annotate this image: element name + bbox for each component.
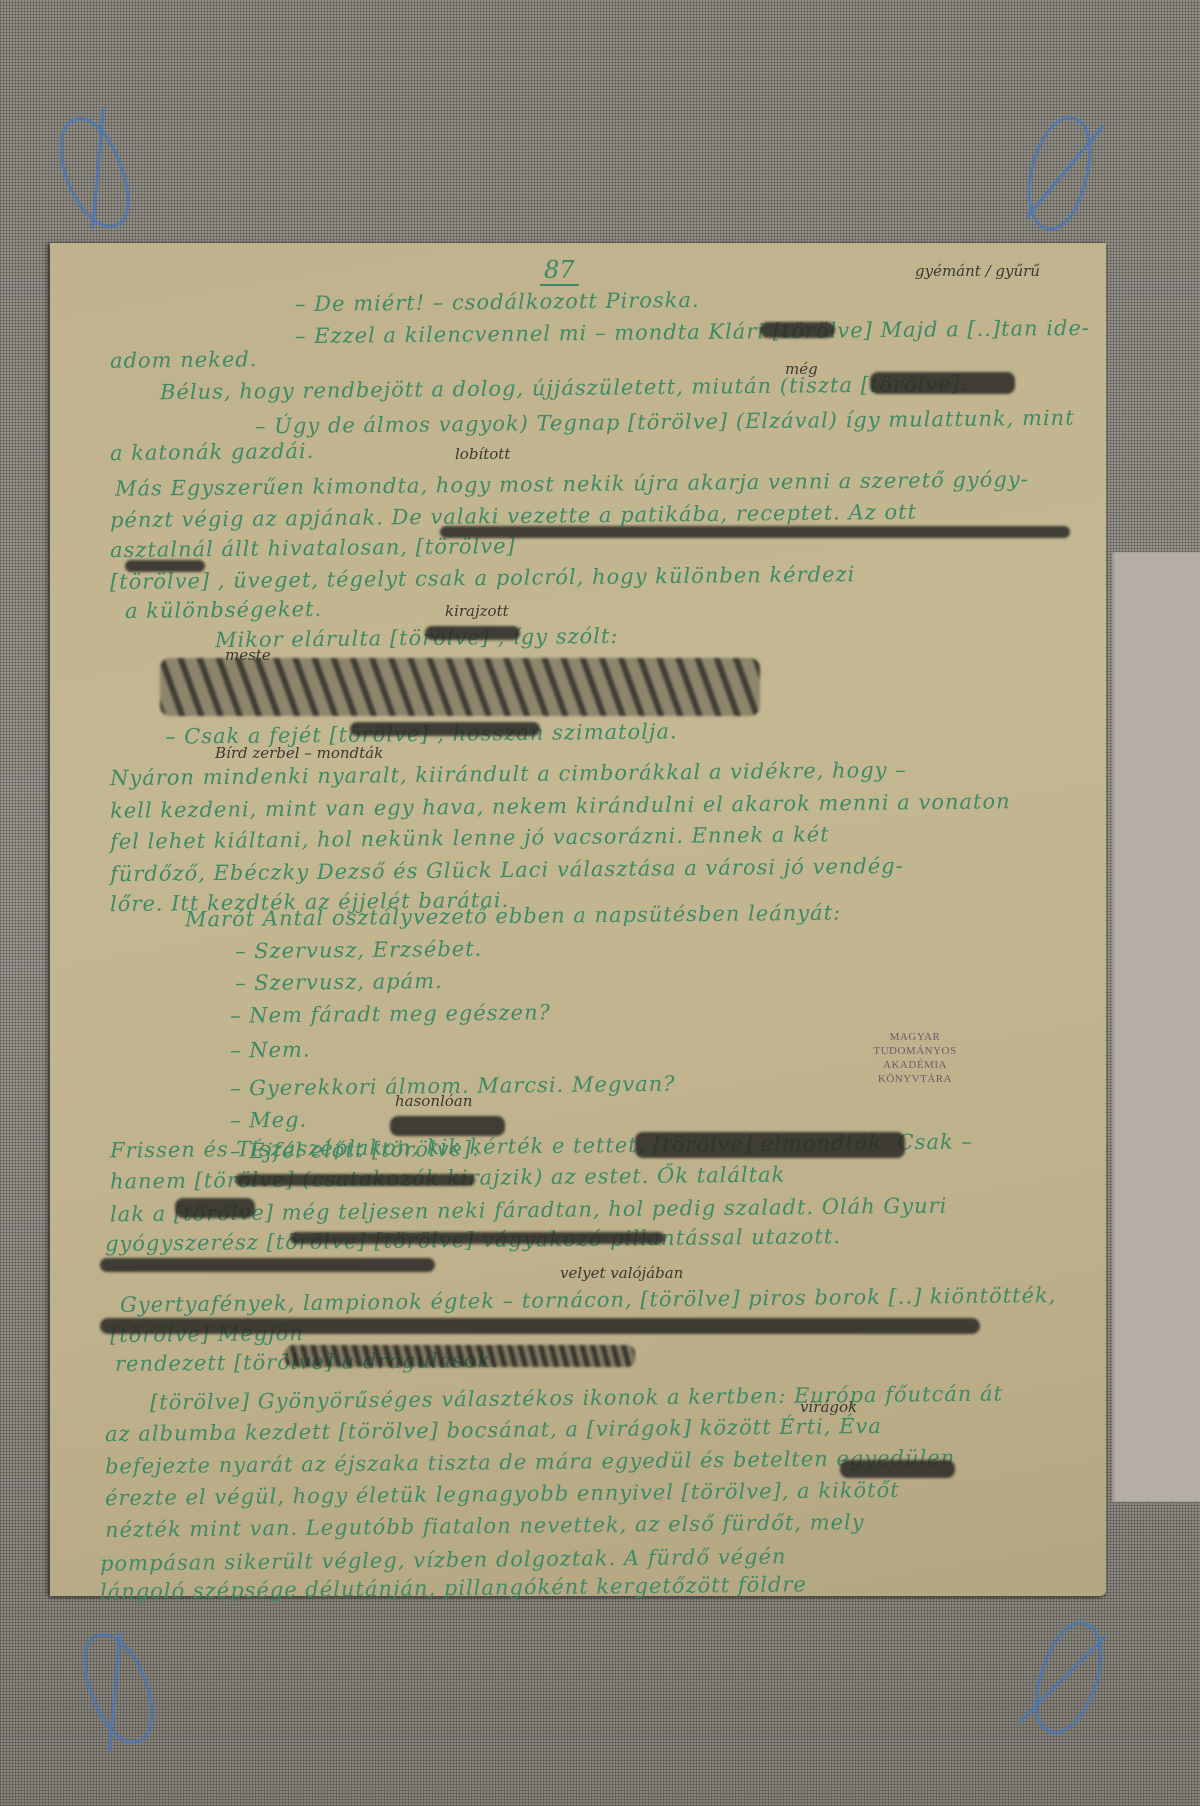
stamp-line: KÖNYVTÁRA <box>850 1072 980 1086</box>
library-stamp: MAGYAR TUDOMÁNYOS AKADÉMIA KÖNYVTÁRA <box>850 1030 980 1086</box>
blue-pencil-corner-mark-top-left <box>47 109 141 238</box>
manuscript-line: – Szervusz, Erzsébet. <box>235 937 483 964</box>
manuscript-line: a katonák gazdái. <box>110 439 315 465</box>
pencil-deletion <box>390 1116 505 1136</box>
pencil-deletion <box>125 560 205 572</box>
annotation: kirajzott <box>445 602 509 620</box>
pencil-deletion <box>235 1174 475 1186</box>
pencil-deletion <box>100 1258 435 1272</box>
annotation-top-right: gyémánt / gyűrű <box>915 262 1040 280</box>
manuscript-line: Mikor elárulta [törölve] , így szólt: <box>215 624 619 652</box>
blue-pencil-corner-mark-bottom-left <box>72 1624 166 1753</box>
pencil-deletion <box>440 526 1070 538</box>
scribbled-out-paragraph <box>160 658 760 716</box>
stamp-line: TUDOMÁNYOS AKADÉMIA <box>850 1044 980 1072</box>
manuscript-line: – Szervusz, apám. <box>235 969 443 995</box>
annotation: lobított <box>455 445 510 463</box>
pencil-deletion <box>425 626 520 640</box>
annotation: hasonlóan <box>395 1092 472 1110</box>
pencil-deletion <box>175 1198 255 1218</box>
manuscript-line: a különbségeket. <box>125 597 322 623</box>
annotation: virágok <box>800 1398 857 1416</box>
pencil-deletion <box>870 372 1015 394</box>
annotation: Bírd zerbel – mondták <box>215 744 383 762</box>
manuscript-line: – Nem fáradt meg egészen? <box>230 1000 551 1027</box>
stamp-line: MAGYAR <box>850 1030 980 1044</box>
pencil-deletion <box>635 1132 905 1158</box>
pencil-deletion <box>760 322 835 338</box>
pencil-deletion <box>350 722 540 736</box>
scribbled-deletion <box>285 1345 635 1367</box>
blue-pencil-corner-mark-bottom-right <box>1022 1614 1116 1743</box>
pencil-deletion <box>840 1460 955 1478</box>
manuscript-line: – Meg. <box>230 1108 307 1133</box>
annotation: velyet valójában <box>560 1264 683 1282</box>
white-backing-sheet <box>1112 552 1200 1502</box>
page-number: 87 <box>540 256 579 286</box>
manuscript-line: asztalnál állt hivatalosan, [törölve] <box>110 534 516 562</box>
manuscript-line: – Nem. <box>230 1038 311 1063</box>
pencil-deletion <box>290 1232 665 1244</box>
blue-pencil-corner-mark-top-right <box>1016 109 1102 236</box>
manuscript-line: adom neked. <box>110 347 258 373</box>
pencil-deletion <box>100 1318 980 1334</box>
manuscript-line: – De miért! – csodálkozott Piroska. <box>295 288 700 316</box>
